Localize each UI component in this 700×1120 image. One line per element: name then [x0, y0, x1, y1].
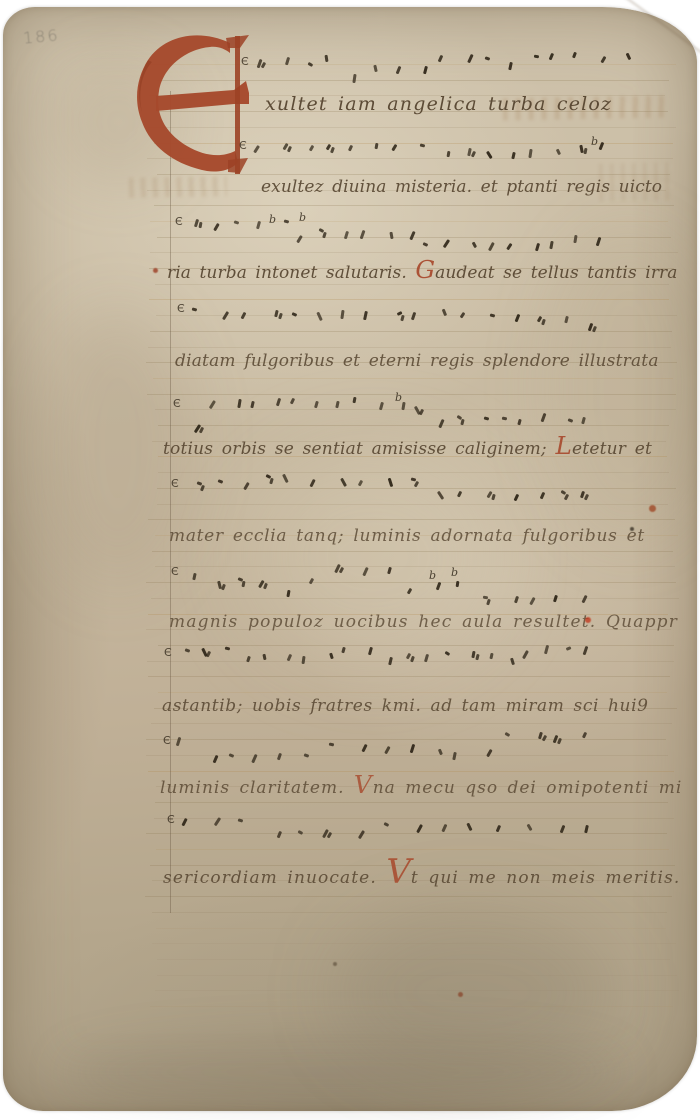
neume-mark [358, 480, 363, 486]
decorated-initial-E [136, 34, 252, 176]
neume-mark [461, 419, 465, 425]
neume-mark [556, 149, 561, 156]
neume-mark [277, 831, 282, 838]
neume-mark [363, 311, 367, 320]
manuscript-text-line: luminis claritatem. Vna mecu qso dei omi… [160, 778, 682, 798]
neume-mark [392, 144, 398, 151]
neume-mark [540, 492, 545, 499]
ruled-line [153, 378, 672, 379]
neume-mark [241, 312, 246, 319]
ruled-line [146, 833, 667, 834]
neume-mark [198, 222, 202, 228]
neume-mark [580, 491, 585, 499]
neume-mark [384, 746, 390, 754]
neume-mark [339, 567, 344, 573]
neume-mark [387, 566, 391, 574]
neume-mark [359, 230, 364, 240]
ruled-line [150, 252, 678, 253]
neume-mark [496, 825, 501, 832]
neume-mark [486, 749, 492, 757]
neume-mark [563, 494, 568, 500]
ruled-line [157, 488, 676, 489]
neume-mark [482, 595, 487, 598]
neume-mark [581, 595, 587, 604]
neume-mark [441, 309, 446, 317]
neume-mark [212, 754, 218, 763]
ruled-line [148, 771, 675, 772]
neume-mark [505, 732, 511, 737]
neume-mark [542, 735, 547, 741]
neume-mark [553, 734, 558, 743]
neume-mark [506, 243, 512, 250]
neume-mark [176, 737, 181, 747]
clef-icon: Є [177, 302, 185, 315]
neume-mark [322, 829, 328, 838]
text-segment: na mecu qso dei omipotenti mi [373, 778, 683, 798]
text-segment: magnis populoz uocibus hec aula resultet… [169, 612, 678, 632]
neume-mark [416, 824, 423, 834]
neume-mark [559, 825, 564, 834]
neume-mark [352, 74, 356, 83]
neume-mark [413, 406, 420, 415]
neume-mark [255, 221, 260, 230]
neume-mark [396, 66, 401, 75]
neume-mark [587, 323, 592, 331]
manuscript-page: 186 xultet iam angelica turba celozexult… [3, 7, 697, 1111]
neume-mark [522, 650, 529, 659]
neume-mark [514, 493, 519, 500]
neume-mark [308, 62, 314, 67]
neume-mark [275, 310, 279, 317]
ruled-line [150, 1006, 673, 1007]
neume-mark [182, 817, 188, 826]
neume-mark [598, 142, 603, 150]
neume-mark [261, 61, 266, 67]
ruled-line [155, 990, 679, 991]
text-segment: totius orbis se sentiat amisisse caligin… [163, 439, 555, 459]
neume-mark [486, 490, 492, 498]
flat-sign: b [299, 211, 306, 224]
neume-mark [325, 55, 328, 62]
neume-mark [229, 753, 235, 757]
neume-mark [225, 646, 230, 650]
neume-mark [353, 397, 357, 403]
flat-sign: b [395, 391, 402, 404]
neume-mark [468, 54, 474, 63]
neume-mark [423, 242, 429, 246]
neume-mark [400, 315, 404, 321]
manuscript-text-line: totius orbis se sentiat amisisse caligin… [163, 439, 652, 459]
ruled-line [158, 692, 667, 693]
neume-mark [626, 52, 631, 59]
neume-mark [502, 417, 507, 420]
clef-icon: Є [164, 646, 172, 659]
neume-mark [201, 647, 207, 656]
screenshot-root: { "page": { "title": "Exultet chant — me… [0, 0, 700, 1120]
text-segment: mater ecclia tanq; luminis adornata fulg… [169, 526, 645, 546]
neume-mark [472, 242, 477, 249]
neume-mark [303, 753, 309, 757]
neume-mark [233, 220, 239, 224]
manuscript-text-line: ria turba intonet salutaris. Gaudeat se … [167, 263, 678, 283]
neume-mark [550, 241, 554, 249]
ruled-line [147, 661, 674, 662]
rubric-initial: V [354, 770, 373, 799]
ink-speck [153, 268, 158, 273]
text-segment: astantib; uobis fratres kmi. ad tam mira… [162, 696, 649, 716]
ruled-line [146, 755, 668, 756]
neume-mark [410, 656, 414, 662]
neume-mark [514, 314, 519, 322]
neume-mark [206, 650, 211, 656]
manuscript-text-line: xultet iam angelica turba celoz [265, 93, 612, 115]
neume-mark [445, 651, 451, 656]
clef-icon: Є [175, 215, 183, 228]
text-segment: diatam fulgoribus et eterni regis splend… [175, 351, 659, 371]
clef-icon: Є [241, 55, 249, 68]
neume-mark [596, 237, 601, 247]
neume-mark [560, 490, 566, 495]
neume-mark [544, 645, 549, 655]
clef-icon: Є [171, 477, 179, 490]
ruled-line [150, 221, 668, 222]
text-segment: etetur et [572, 439, 652, 459]
neume-mark [437, 491, 444, 500]
ruled-line [147, 158, 673, 159]
neume-mark [424, 654, 429, 663]
neume-mark [511, 152, 515, 160]
text-segment: exultez diuina misteria. et ptanti regis… [261, 177, 662, 197]
ruled-line [157, 959, 670, 960]
neume-mark [221, 584, 225, 590]
ruled-line [151, 723, 671, 724]
neume-mark [529, 148, 533, 157]
neume-mark [296, 234, 302, 242]
ruled-line [156, 928, 665, 929]
neume-mark [319, 228, 325, 233]
neume-mark [441, 824, 446, 832]
neume-mark [467, 148, 471, 156]
neume-mark [476, 654, 480, 660]
neume-mark [257, 58, 263, 68]
text-segment: t qui me non meis meritis. [411, 868, 681, 888]
stain-bottom-edge [63, 1037, 623, 1107]
ink-speck [458, 992, 463, 997]
neume-mark [438, 54, 443, 61]
ruled-line [154, 205, 675, 206]
ruled-line [151, 598, 679, 599]
clef-icon: Є [171, 565, 179, 578]
rubric-initial: L [555, 431, 572, 460]
neume-mark [579, 145, 583, 153]
neume-mark [566, 647, 572, 651]
flat-sign: b [451, 566, 458, 579]
ruled-line [148, 676, 670, 677]
neume-mark [287, 590, 291, 597]
neume-mark [344, 231, 349, 239]
ruled-line [150, 865, 675, 866]
neume-mark [213, 223, 219, 231]
neume-mark [282, 474, 288, 484]
neume-mark [269, 478, 273, 484]
neume-mark [535, 243, 540, 252]
neume-mark [390, 231, 394, 238]
flat-sign: b [429, 569, 436, 582]
neume-mark [457, 415, 463, 420]
neume-mark [584, 825, 588, 834]
neume-mark [508, 61, 512, 70]
rubric-initial: V [386, 852, 411, 892]
neume-mark [538, 732, 542, 739]
neume-mark [329, 653, 333, 660]
neume-mark [489, 653, 493, 660]
neume-mark [243, 482, 249, 490]
neume-mark [423, 66, 427, 74]
neume-mark [396, 311, 402, 315]
neume-mark [238, 578, 244, 582]
neume-mark [309, 479, 315, 488]
neume-mark [316, 312, 322, 321]
ruled-line [148, 519, 675, 520]
neume-mark [253, 145, 260, 154]
ruled-line [145, 896, 672, 897]
ruled-line [155, 566, 675, 567]
neume-mark [237, 398, 241, 407]
neume-mark [583, 646, 588, 655]
neume-mark [193, 573, 197, 580]
neume-mark [262, 653, 266, 659]
neume-mark [510, 658, 514, 665]
neume-mark [486, 151, 493, 159]
ruled-line [158, 425, 669, 426]
manuscript-text-line: exultez diuina misteria. et ptanti regis… [261, 177, 662, 197]
neume-mark [443, 239, 450, 248]
neume-mark [278, 313, 282, 319]
ruled-line [145, 64, 676, 65]
ruled-line [148, 347, 671, 348]
ruled-line [158, 645, 674, 646]
neume-mark [452, 752, 456, 761]
neume-mark [263, 582, 267, 588]
neume-mark [330, 147, 334, 153]
rubric-initial: G [415, 255, 435, 284]
neume-mark [329, 742, 334, 745]
neume-mark [314, 400, 318, 407]
neume-mark [194, 219, 199, 228]
text-segment: luminis claritatem. [160, 778, 354, 798]
neume-mark [287, 146, 292, 152]
neume-mark [388, 657, 392, 666]
neume-mark [540, 413, 545, 422]
ruled-line [147, 394, 677, 395]
neume-mark [514, 596, 519, 604]
neume-mark [582, 416, 586, 424]
ruled-line [148, 127, 675, 128]
neume-mark [413, 481, 418, 487]
text-segment: ria turba intonet salutaris. [167, 263, 415, 283]
neume-mark [199, 427, 204, 433]
ruled-line [157, 504, 668, 505]
neume-mark [184, 648, 190, 652]
neume-mark [436, 582, 441, 591]
neume-mark [384, 822, 390, 827]
neume-mark [489, 313, 494, 317]
ruled-line [155, 802, 668, 803]
ruled-line [154, 818, 674, 819]
neume-mark [368, 647, 372, 655]
stain-bottom-center [333, 907, 613, 1077]
manuscript-text-line: magnis populoz uocibus hec aula resultet… [169, 612, 678, 632]
ruled-line [156, 849, 669, 850]
text-segment: audeat se tellus tantis irra [435, 263, 677, 283]
clef-icon: Є [163, 734, 171, 747]
neume-mark [409, 744, 414, 753]
show-through-smudge-2 [129, 176, 227, 198]
neume-mark [466, 822, 472, 830]
ruled-line [157, 80, 669, 81]
neume-mark [192, 308, 197, 312]
neume-mark [277, 752, 282, 759]
neume-mark [584, 494, 589, 500]
neume-mark [411, 312, 416, 321]
neume-mark [322, 232, 326, 238]
neume-mark [276, 398, 281, 407]
manuscript-text-line: mater ecclia tanq; luminis adornata fulg… [169, 526, 645, 546]
flat-sign: b [591, 135, 598, 148]
neume-mark [290, 398, 295, 405]
neume-mark [251, 754, 257, 763]
text-segment: sericordiam inuocate. [163, 868, 386, 888]
neume-mark [194, 424, 201, 433]
neume-mark [241, 581, 245, 587]
neume-mark [222, 311, 229, 320]
manuscript-text-line: sericordiam inuocate. Vt qui me non meis… [163, 868, 680, 888]
neume-mark [341, 310, 345, 319]
ruled-line [150, 331, 671, 332]
neume-mark [209, 400, 216, 409]
neume-mark [491, 493, 495, 499]
ink-speck [649, 505, 656, 512]
folio-number: 186 [22, 25, 60, 47]
neume-mark [358, 830, 365, 839]
stain-top-left [53, 57, 183, 187]
neume-mark [327, 832, 332, 838]
neume-mark [488, 242, 494, 251]
neume-mark [246, 656, 250, 663]
neume-mark [438, 749, 443, 756]
ruled-line [146, 582, 676, 583]
neume-mark [568, 418, 574, 422]
neume-mark [485, 56, 491, 60]
neume-mark [529, 596, 535, 604]
neume-mark [564, 316, 568, 324]
ruled-line [156, 315, 677, 316]
ruled-line [149, 299, 669, 300]
neume-mark [388, 477, 393, 486]
neume-mark [340, 478, 346, 487]
ruled-line [157, 237, 671, 238]
ruled-line [155, 409, 676, 410]
neume-mark [200, 484, 205, 490]
neume-mark [373, 65, 377, 72]
neume-mark [361, 744, 367, 753]
neume-mark [258, 580, 264, 588]
neume-mark [553, 595, 557, 602]
neume-mark [266, 474, 272, 478]
neume-mark [600, 56, 606, 63]
text-segment: xultet iam angelica turba celoz [265, 93, 612, 115]
neume-mark [557, 737, 561, 743]
neume-mark [439, 419, 445, 428]
ruled-line [154, 143, 672, 144]
light-patch-center [243, 447, 503, 667]
neume-mark [583, 148, 587, 154]
neume-mark [527, 824, 533, 831]
ruled-line [146, 739, 666, 740]
ruled-line [158, 472, 669, 473]
ruled-line [157, 975, 677, 976]
neume-mark [534, 55, 539, 58]
ruled-line [152, 912, 667, 913]
neume-mark [484, 417, 489, 421]
neume-mark [334, 564, 340, 573]
neume-mark [335, 401, 339, 408]
manuscript-text-line: diatam fulgoribus et eterni regis splend… [175, 351, 659, 371]
clef-icon: Є [167, 813, 175, 826]
neume-mark [298, 830, 304, 835]
neume-mark [486, 598, 490, 604]
neume-mark [592, 326, 597, 332]
neume-mark [418, 409, 423, 415]
neume-mark [197, 481, 203, 485]
neume-mark [471, 151, 476, 157]
ink-speck [333, 962, 337, 966]
neume-mark [536, 316, 541, 323]
neume-mark [541, 319, 545, 325]
ruled-line [152, 551, 673, 552]
neume-mark [419, 143, 424, 147]
neume-mark [287, 654, 292, 661]
manuscript-text-line: astantib; uobis fratres kmi. ad tam mira… [162, 696, 649, 716]
neume-mark [472, 651, 476, 658]
neume-mark [410, 231, 416, 240]
neume-mark [348, 145, 353, 152]
ruled-line [157, 174, 670, 175]
neume-mark [217, 581, 221, 589]
neume-mark [549, 53, 554, 60]
neume-mark [572, 52, 576, 59]
neume-mark [446, 151, 449, 157]
neume-mark [407, 588, 412, 595]
neume-mark [341, 647, 345, 654]
neume-mark [308, 145, 313, 152]
neume-mark [285, 57, 290, 66]
neume-mark [213, 817, 220, 826]
neume-mark [401, 401, 405, 409]
neume-mark [574, 235, 578, 243]
neume-mark [325, 144, 330, 150]
neume-mark [284, 219, 289, 223]
neume-mark [218, 480, 224, 484]
corner-fold-crease [620, 0, 700, 59]
neume-mark [308, 578, 313, 584]
neume-mark [517, 418, 521, 425]
neume-mark [379, 401, 383, 409]
clef-icon: Є [239, 139, 247, 152]
neume-mark [292, 312, 298, 316]
neume-mark [582, 731, 587, 738]
neume-mark [282, 143, 288, 151]
